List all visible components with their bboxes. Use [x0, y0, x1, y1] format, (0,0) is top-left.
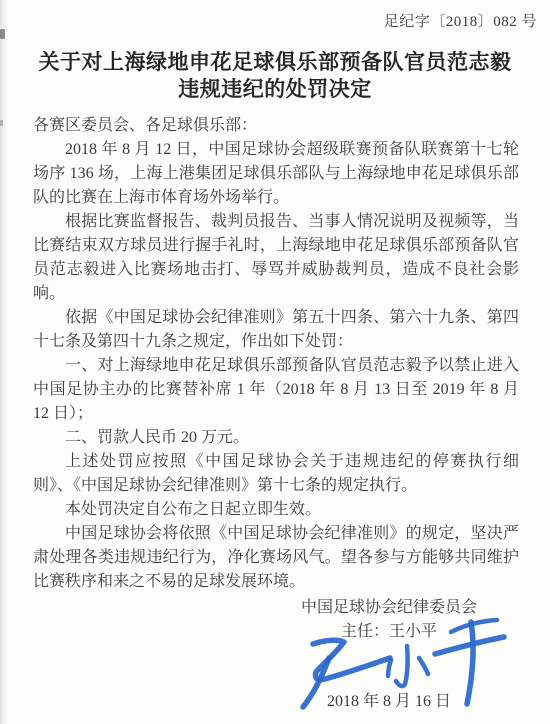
- paragraph-penalty-item-2: 二、罚款人民币 20 万元。: [33, 426, 519, 450]
- paragraph-effective-date: 本处罚决定自公布之日起立即生效。: [33, 498, 519, 522]
- signature-block: 中国足球协会纪律委员会 主任：王小平 2018 年 8 月 16 日: [264, 596, 514, 714]
- signature-date: 2018 年 8 月 16 日: [264, 690, 514, 714]
- paragraph-enforcement: 上述处罚应按照《中国足球协会关于违规违纪的停赛执行细则》、《中国足球协会纪律准则…: [33, 450, 519, 498]
- page-title-line2: 违规违纪的处罚决定: [28, 76, 522, 103]
- document-page: 足纪字〔2018〕082 号 关于对上海绿地申花足球俱乐部预备队官员范志毅 违规…: [0, 0, 550, 724]
- document-number: 足纪字〔2018〕082 号: [384, 10, 537, 31]
- paragraph-legal-basis: 依据《中国足球协会纪律准则》第五十四条、第六十九条、第四十七条及第四十九条之规定…: [33, 306, 519, 354]
- page-title: 关于对上海绿地申花足球俱乐部预备队官员范志毅 违规违纪的处罚决定: [28, 49, 522, 103]
- paragraph-penalty-item-1: 一、对上海绿地申花足球俱乐部预备队官员范志毅予以禁止进入中国足协主办的比赛替补席…: [33, 354, 519, 426]
- paragraph-incident: 根据比赛监督报告、裁判员报告、当事人情况说明及视频等，当比赛结束双方球员进行握手…: [33, 210, 519, 306]
- paragraph-match-intro: 2018 年 8 月 12 日，中国足球协会超级联赛预备队联赛第十七轮场序 13…: [33, 138, 519, 210]
- scan-artifact: [0, 120, 3, 126]
- scan-artifact: [0, 29, 5, 39]
- page-title-line1: 关于对上海绿地申花足球俱乐部预备队官员范志毅: [28, 49, 522, 76]
- signature-signer-title: 主任：王小平: [264, 620, 514, 644]
- signature-organization: 中国足球协会纪律委员会: [264, 596, 514, 620]
- paragraph-closing-statement: 中国足球协会将依照《中国足球协会纪律准则》的规定，坚决严肃处理各类违规违纪行为，…: [33, 522, 519, 594]
- document-body: 各赛区委员会、各足球俱乐部： 2018 年 8 月 12 日，中国足球协会超级联…: [33, 114, 519, 594]
- salutation: 各赛区委员会、各足球俱乐部：: [33, 114, 519, 138]
